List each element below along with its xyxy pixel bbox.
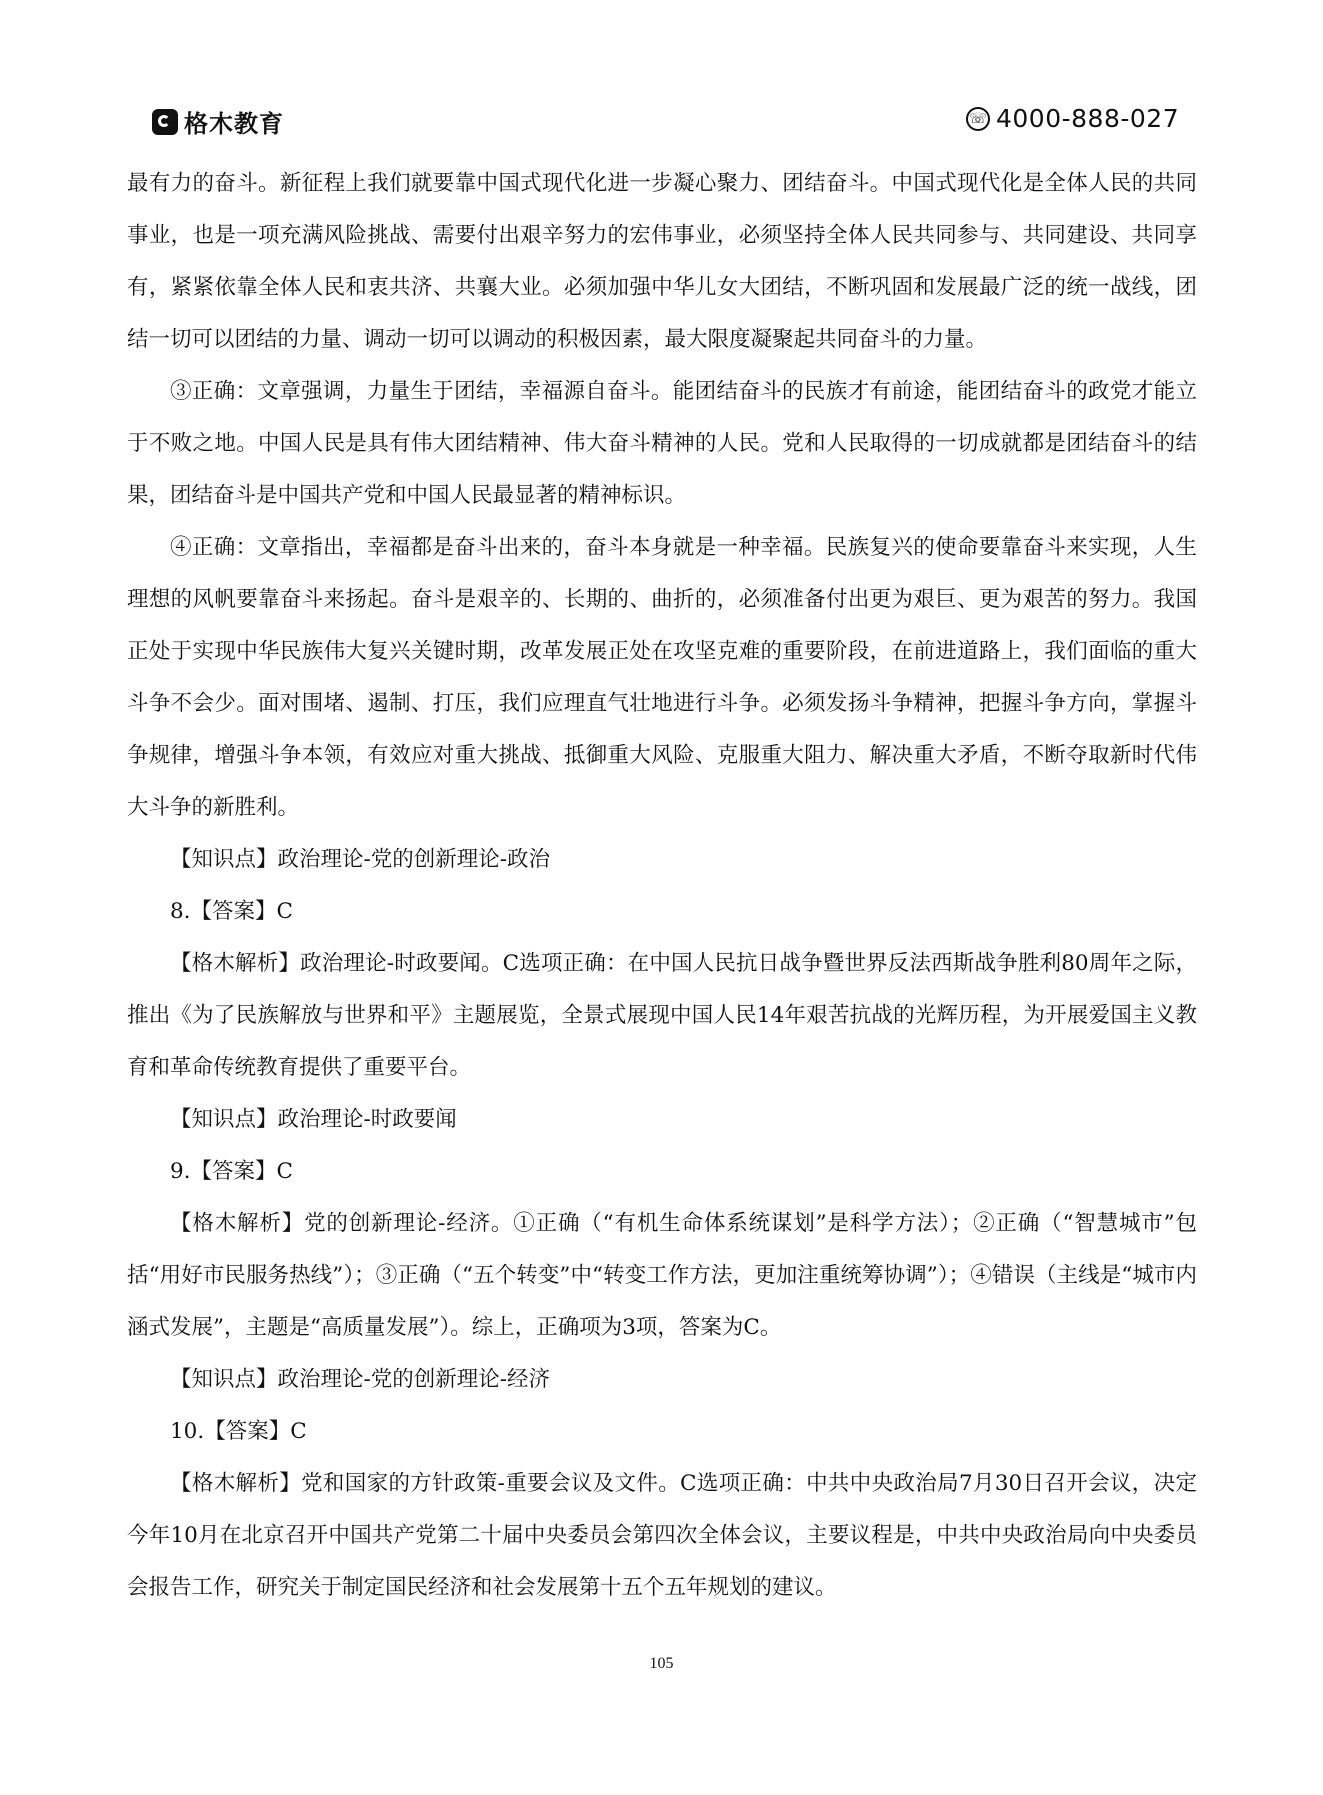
document-body: 最有力的奋斗。新征程上我们就要靠中国式现代化进一步凝心聚力、团结奋斗。中国式现代… — [127, 158, 1197, 1614]
answer-8: 8.【答案】C — [127, 886, 1197, 938]
analysis-10: 【格木解析】党和国家的方针政策-重要会议及文件。C选项正确：中共中央政治局7月3… — [127, 1458, 1197, 1614]
paragraph-continuation: 最有力的奋斗。新征程上我们就要靠中国式现代化进一步凝心聚力、团结奋斗。中国式现代… — [127, 158, 1197, 366]
logo-icon — [152, 109, 178, 135]
page-header: 格木教育 ☏ 4000-888-027 — [0, 100, 1323, 144]
knowledge-point-9: 【知识点】政治理论-党的创新理论-经济 — [127, 1354, 1197, 1406]
brand-logo: 格木教育 — [152, 104, 284, 139]
phone-contact: ☏ 4000-888-027 — [966, 104, 1179, 133]
answer-9: 9.【答案】C — [127, 1146, 1197, 1198]
analysis-9: 【格木解析】党的创新理论-经济。①正确（“有机生命体系统谋划”是科学方法）；②正… — [127, 1198, 1197, 1354]
phone-icon: ☏ — [966, 107, 990, 131]
paragraph-point-3: ③正确：文章强调，力量生于团结，幸福源自奋斗。能团结奋斗的民族才有前途，能团结奋… — [127, 366, 1197, 522]
phone-number: 4000-888-027 — [996, 104, 1179, 133]
knowledge-point-7: 【知识点】政治理论-党的创新理论-政治 — [127, 834, 1197, 886]
analysis-8: 【格木解析】政治理论-时政要闻。C选项正确：在中国人民抗日战争暨世界反法西斯战争… — [127, 938, 1197, 1094]
answer-10: 10.【答案】C — [127, 1406, 1197, 1458]
knowledge-point-8: 【知识点】政治理论-时政要闻 — [127, 1094, 1197, 1146]
page-number: 105 — [0, 1655, 1323, 1673]
paragraph-point-4: ④正确：文章指出，幸福都是奋斗出来的，奋斗本身就是一种幸福。民族复兴的使命要靠奋… — [127, 522, 1197, 834]
logo-text: 格木教育 — [184, 104, 284, 139]
